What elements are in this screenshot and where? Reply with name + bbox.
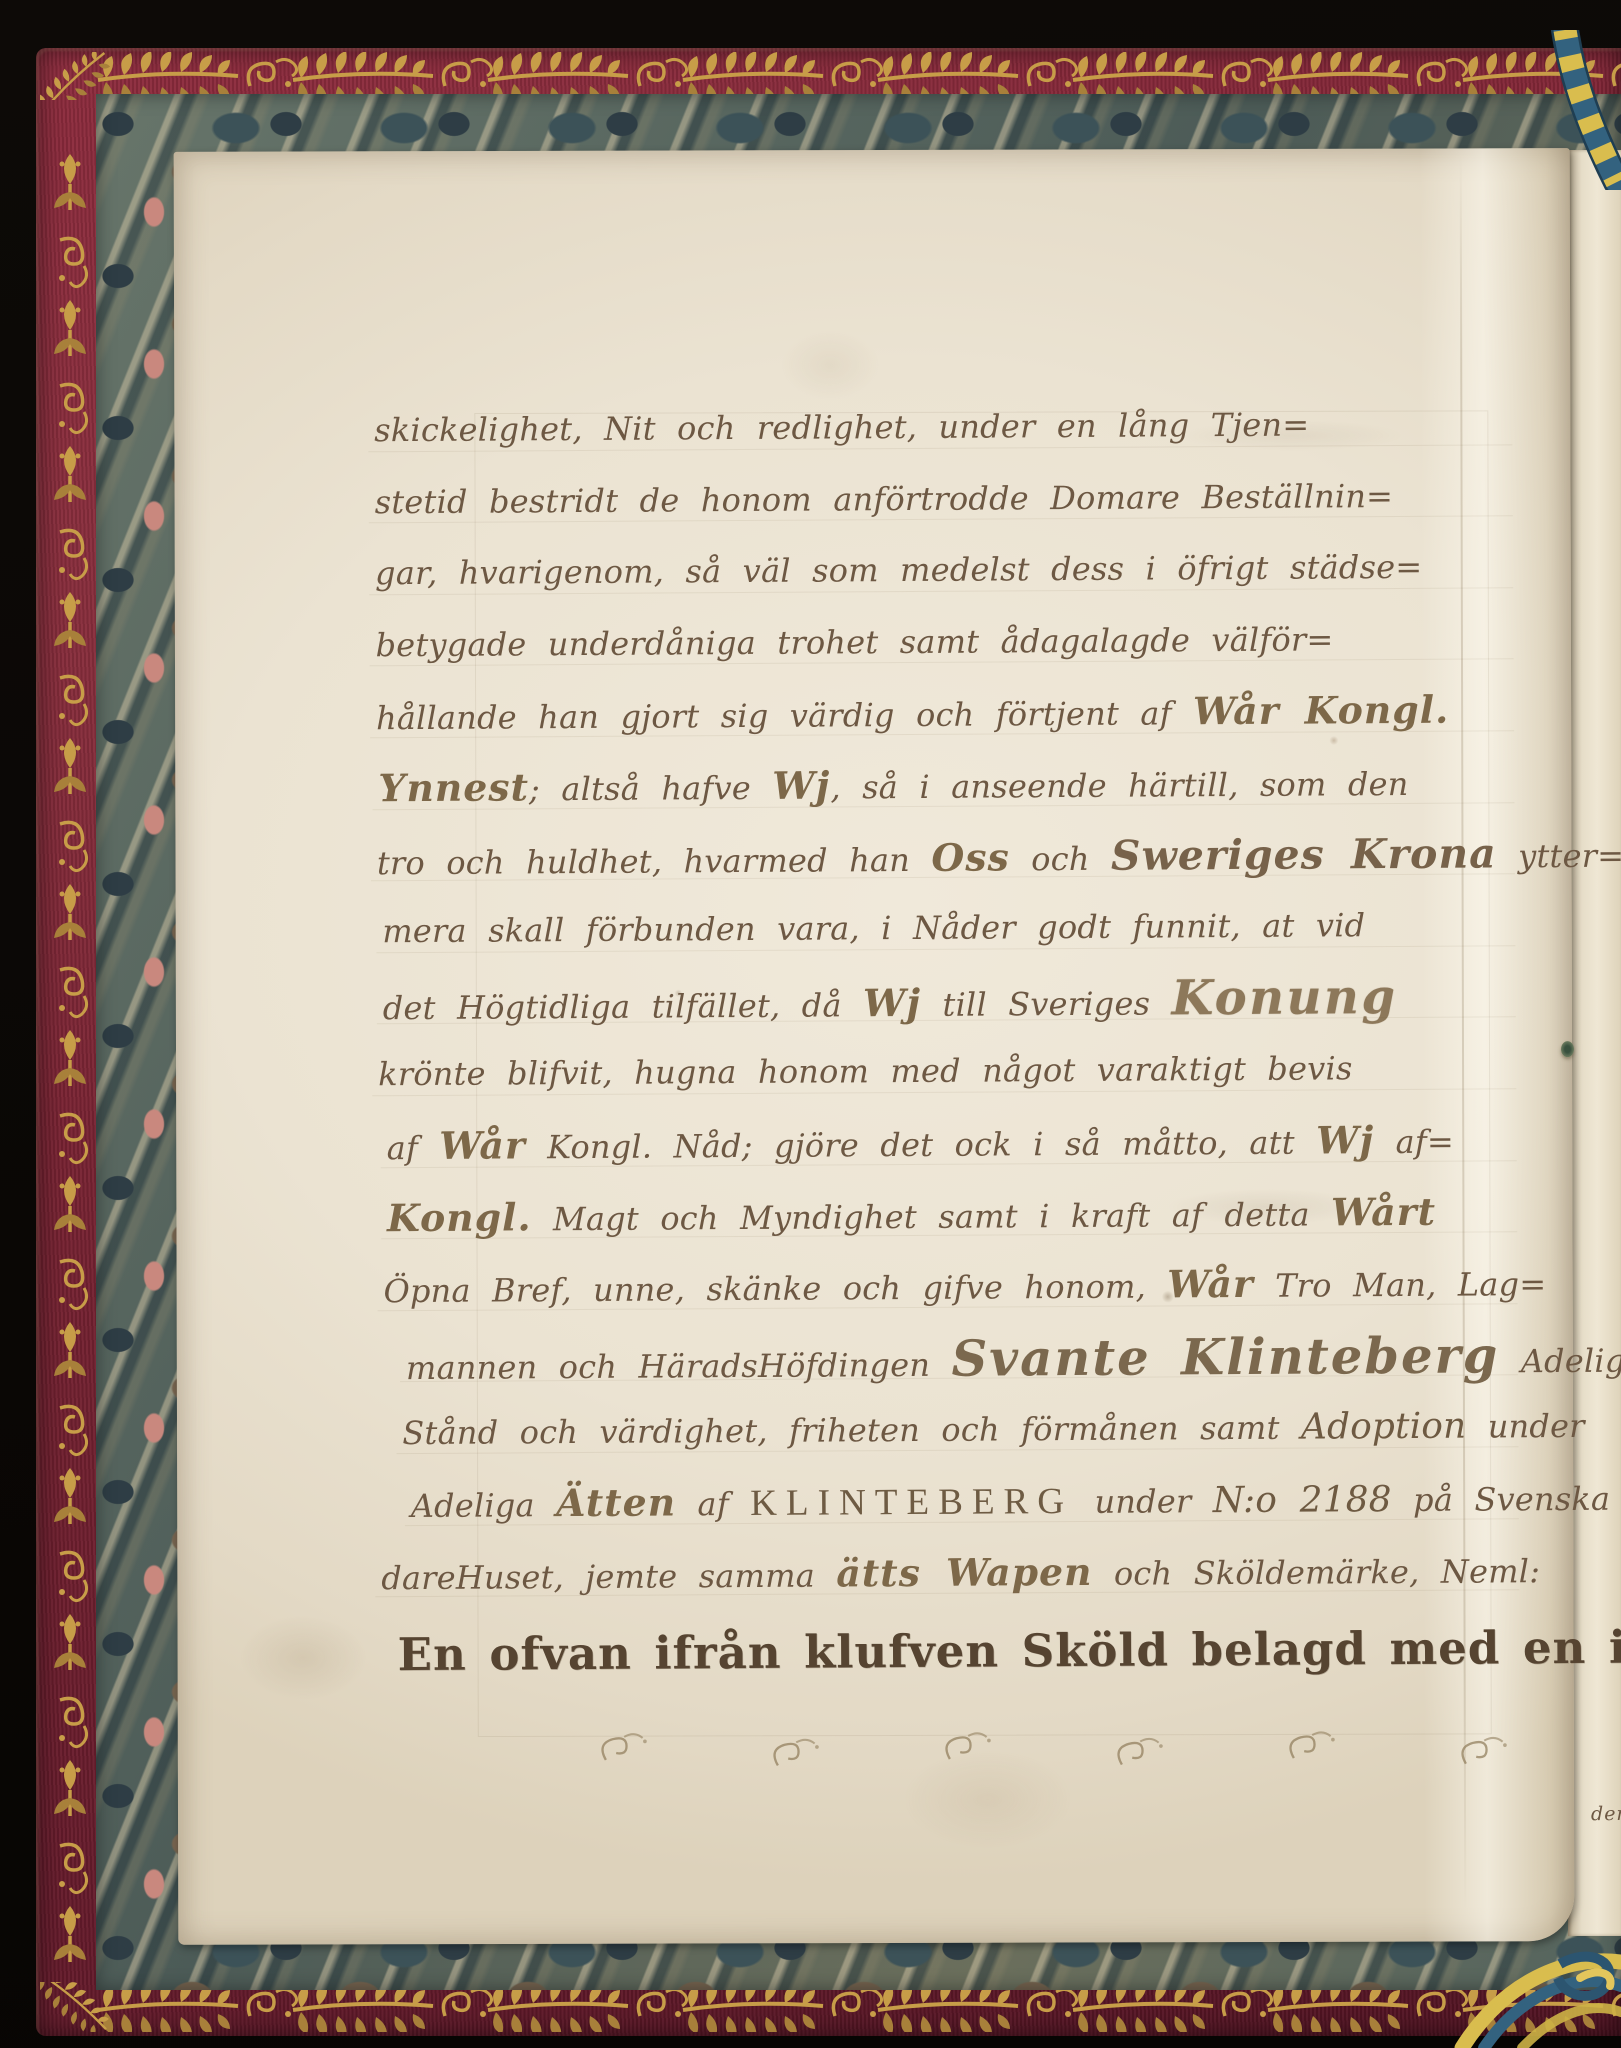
text-segment: af bbox=[676, 1485, 750, 1523]
text-segment: och Sköldemärke, Neml: bbox=[1092, 1552, 1540, 1593]
manuscript-line: hållande han gjort sig värdig och förtje… bbox=[376, 675, 1496, 753]
text-segment: af= bbox=[1374, 1123, 1454, 1161]
manuscript-line: af Wår Kongl. Nåd; gjöre det ock i så må… bbox=[386, 1104, 1498, 1182]
catchword: dens bbox=[1591, 1803, 1621, 1825]
manuscript-page: skickelighet, Nit och redlighet, under e… bbox=[174, 148, 1575, 1945]
text-segment: Wj bbox=[772, 763, 830, 807]
text-segment: betygade underdåniga trohet samt ådagala… bbox=[375, 620, 1333, 664]
text-segment: ätts Wapen bbox=[836, 1549, 1092, 1595]
text-segment: ; altså hafve bbox=[529, 769, 773, 808]
manuscript-line: dareHuset, jemte samma ätts Wapen och Sk… bbox=[381, 1534, 1501, 1612]
text-segment: N:o 2188 bbox=[1213, 1479, 1392, 1521]
text-segment: af bbox=[387, 1129, 440, 1167]
manuscript-line: det Högtidliga tilfället, då Wj till Sve… bbox=[383, 961, 1498, 1039]
text-segment: Öpna Bref, unne, skänke och gifve honom, bbox=[383, 1268, 1167, 1311]
text-segment: Ätten bbox=[556, 1480, 676, 1525]
text-segment: Sweriges Krona bbox=[1111, 829, 1497, 879]
text-segment: mera skall förbunden vara, i Nåder godt … bbox=[382, 906, 1365, 950]
text-segment: under bbox=[1466, 1407, 1585, 1446]
text-segment: Kongl. Nåd; gjöre det ock i så måtto, at… bbox=[526, 1123, 1317, 1166]
text-segment: under bbox=[1073, 1482, 1213, 1521]
manuscript-line: Stånd och värdighet, friheten och förmån… bbox=[402, 1391, 1500, 1469]
silk-tassel bbox=[1440, 1928, 1621, 2048]
text-segment: gar, hvarigenom, så väl som medelst dess… bbox=[375, 548, 1422, 592]
text-segment: mannen och HäradsHöfdingen bbox=[406, 1345, 952, 1386]
text-segment: skickelighet, Nit och redlighet, under e… bbox=[374, 406, 1309, 450]
manuscript-line: mera skall förbunden vara, i Nåder godt … bbox=[382, 890, 1497, 968]
manuscript-line: betygade underdåniga trohet samt ådagala… bbox=[375, 603, 1495, 681]
gold-tooling-left bbox=[40, 98, 100, 1988]
gold-tooling-top bbox=[40, 52, 1621, 100]
text-segment: Svante Klinteberg bbox=[951, 1325, 1499, 1387]
text-segment: Wår bbox=[439, 1123, 526, 1168]
manuscript-line: Adeliga Ätten af KLINTEBERG under N:o 21… bbox=[411, 1462, 1501, 1540]
text-segment: KLINTEBERG bbox=[750, 1481, 1073, 1524]
manuscript-line: tro och huldhet, hvarmed han Oss och Swe… bbox=[377, 818, 1497, 896]
text-segment: krönte blifvit, hugna honom med något va… bbox=[378, 1050, 1353, 1094]
manuscript-line: gar, hvarigenom, så väl som medelst dess… bbox=[375, 532, 1495, 610]
text-segment: Kongl. bbox=[387, 1195, 532, 1240]
manuscript-line: Öpna Bref, unne, skänke och gifve honom,… bbox=[383, 1248, 1499, 1326]
text-segment: ytter= bbox=[1497, 836, 1621, 875]
text-segment: Konung bbox=[1171, 969, 1397, 1026]
manuscript-line: skickelighet, Nit och redlighet, under e… bbox=[374, 388, 1494, 466]
manuscript-text: skickelighet, Nit och redlighet, under e… bbox=[374, 388, 1502, 1698]
text-segment: dareHuset, jemte samma bbox=[381, 1556, 836, 1597]
manuscript-line: mannen och HäradsHöfdingen Svante Klinte… bbox=[406, 1319, 1500, 1397]
text-segment: Wårt bbox=[1331, 1189, 1436, 1234]
text-segment: stetid bestridt de honom anförtrodde Dom… bbox=[375, 477, 1394, 521]
text-segment: , så i anseende härtill, som den bbox=[830, 765, 1408, 807]
text-segment: Oss bbox=[931, 835, 1010, 879]
manuscript-display-line: En ofvan ifrån klufven Sköld belagd med … bbox=[397, 1605, 1502, 1698]
text-segment: och bbox=[1010, 839, 1111, 878]
text-segment: det Högtidliga tilfället, då bbox=[383, 986, 864, 1027]
text-segment: på Svenska Rid= bbox=[1392, 1479, 1621, 1519]
photographed-manuscript-book: skickelighet, Nit och redlighet, under e… bbox=[0, 0, 1621, 2048]
manuscript-line: Ynnest; altså hafve Wj, så i anseende hä… bbox=[378, 746, 1496, 824]
text-segment: Adoption bbox=[1301, 1406, 1467, 1448]
calligraphic-flourishes bbox=[586, 1730, 1546, 1775]
manuscript-line: Kongl. Magt och Myndighet samt i kraft a… bbox=[387, 1176, 1499, 1254]
bookmark-cord bbox=[1525, 30, 1621, 190]
binding-hole bbox=[1561, 1041, 1574, 1057]
text-segment: En ofvan ifrån klufven Sköld belagd med … bbox=[398, 1619, 1621, 1681]
text-segment: Wår Kongl. bbox=[1193, 688, 1449, 734]
text-segment: Stånd och värdighet, friheten och förmån… bbox=[402, 1409, 1301, 1452]
manuscript-line: krönte blifvit, hugna honom med något va… bbox=[378, 1033, 1498, 1111]
text-segment: Adeliga bbox=[411, 1486, 557, 1525]
text-segment: Ynnest bbox=[378, 765, 529, 810]
text-segment: till Sveriges bbox=[921, 984, 1172, 1024]
text-segment: tro och huldhet, hvarmed han bbox=[377, 840, 932, 881]
text-segment: Wj bbox=[1316, 1118, 1374, 1162]
text-segment: hållande han gjort sig värdig och förtje… bbox=[376, 695, 1193, 738]
text-segment: Tro Man, Lag= bbox=[1254, 1265, 1547, 1305]
text-segment: Magt och Myndighet samt i kraft af detta bbox=[531, 1195, 1331, 1238]
text-segment: Wår bbox=[1167, 1262, 1254, 1307]
text-segment: Wj bbox=[863, 981, 921, 1025]
text-segment: Adeligt= bbox=[1499, 1341, 1621, 1380]
manuscript-line: stetid bestridt de honom anförtrodde Dom… bbox=[374, 460, 1494, 538]
